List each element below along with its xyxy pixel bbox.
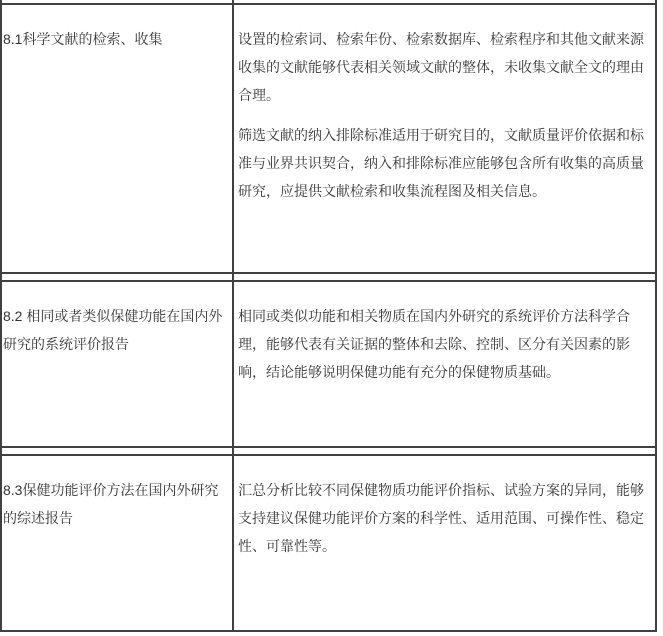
row-8-1-criteria-paragraph-1: 设置的检索词、检索年份、检索数据库、检索程序和其他文献来源收集的文献能够代表相关… — [238, 25, 656, 109]
row-8-1-label: 8.1科学文献的检索、收集 — [3, 25, 230, 53]
document-page: 8.1科学文献的检索、收集 设置的检索词、检索年份、检索数据库、检索程序和其他文… — [0, 0, 663, 636]
row-8-2-criteria-paragraph-1: 相同或类似功能和相关物质在国内外研究的系统评价方法科学合理，能够代表有关证据的整… — [238, 302, 656, 386]
row-8-3-criteria-paragraph-1: 汇总分析比较不同保健物质功能评价指标、试验方案的异同，能够支持建议保健功能评价方… — [238, 476, 656, 560]
table-row-8-3: 8.3保健功能评价方法在国内外研究的综述报告 汇总分析比较不同保健物质功能评价指… — [0, 454, 657, 632]
row-8-2-label: 8.2 相同或者类似保健功能在国内外研究的系统评价报告 — [3, 302, 230, 358]
row-8-3-label-cell: 8.3保健功能评价方法在国内外研究的综述报告 — [0, 456, 234, 630]
row-8-1-criteria-cell: 设置的检索词、检索年份、检索数据库、检索程序和其他文献来源收集的文献能够代表相关… — [234, 5, 657, 272]
row-8-2-label-cell: 8.2 相同或者类似保健功能在国内外研究的系统评价报告 — [0, 282, 234, 446]
row-8-3-label: 8.3保健功能评价方法在国内外研究的综述报告 — [3, 476, 230, 532]
row-8-1-criteria-paragraph-2: 筛选文献的纳入排除标准适用于研究目的，文献质量评价依据和标准与业界共识契合，纳入… — [238, 121, 656, 205]
table-row-8-2: 8.2 相同或者类似保健功能在国内外研究的系统评价报告 相同或类似功能和相关物质… — [0, 280, 657, 448]
row-8-2-criteria-cell: 相同或类似功能和相关物质在国内外研究的系统评价方法科学合理，能够代表有关证据的整… — [234, 282, 657, 446]
row-8-3-criteria-cell: 汇总分析比较不同保健物质功能评价指标、试验方案的异同，能够支持建议保健功能评价方… — [234, 456, 657, 630]
table-row-8-1: 8.1科学文献的检索、收集 设置的检索词、检索年份、检索数据库、检索程序和其他文… — [0, 3, 657, 274]
evaluation-criteria-table: 8.1科学文献的检索、收集 设置的检索词、检索年份、检索数据库、检索程序和其他文… — [0, 0, 663, 636]
row-8-1-label-cell: 8.1科学文献的检索、收集 — [0, 5, 234, 272]
